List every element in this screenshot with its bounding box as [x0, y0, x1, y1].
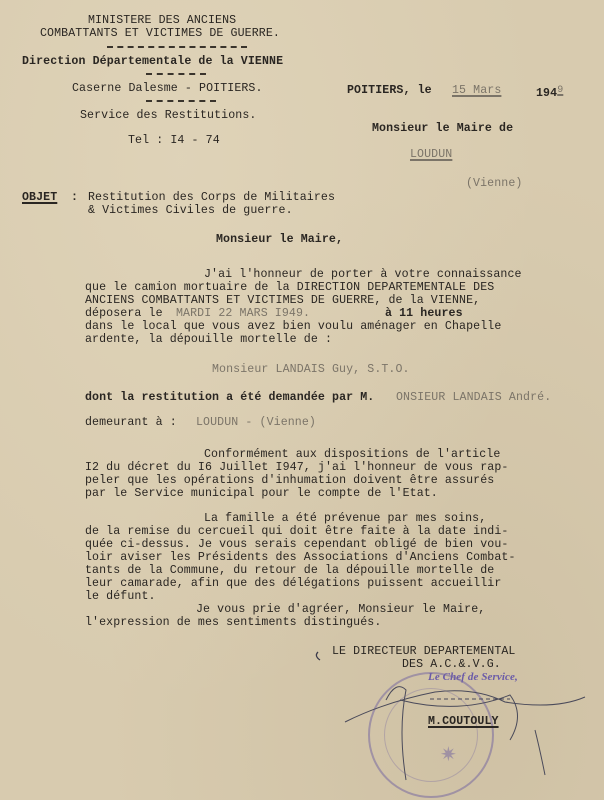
handwritten-signature: [0, 0, 604, 800]
